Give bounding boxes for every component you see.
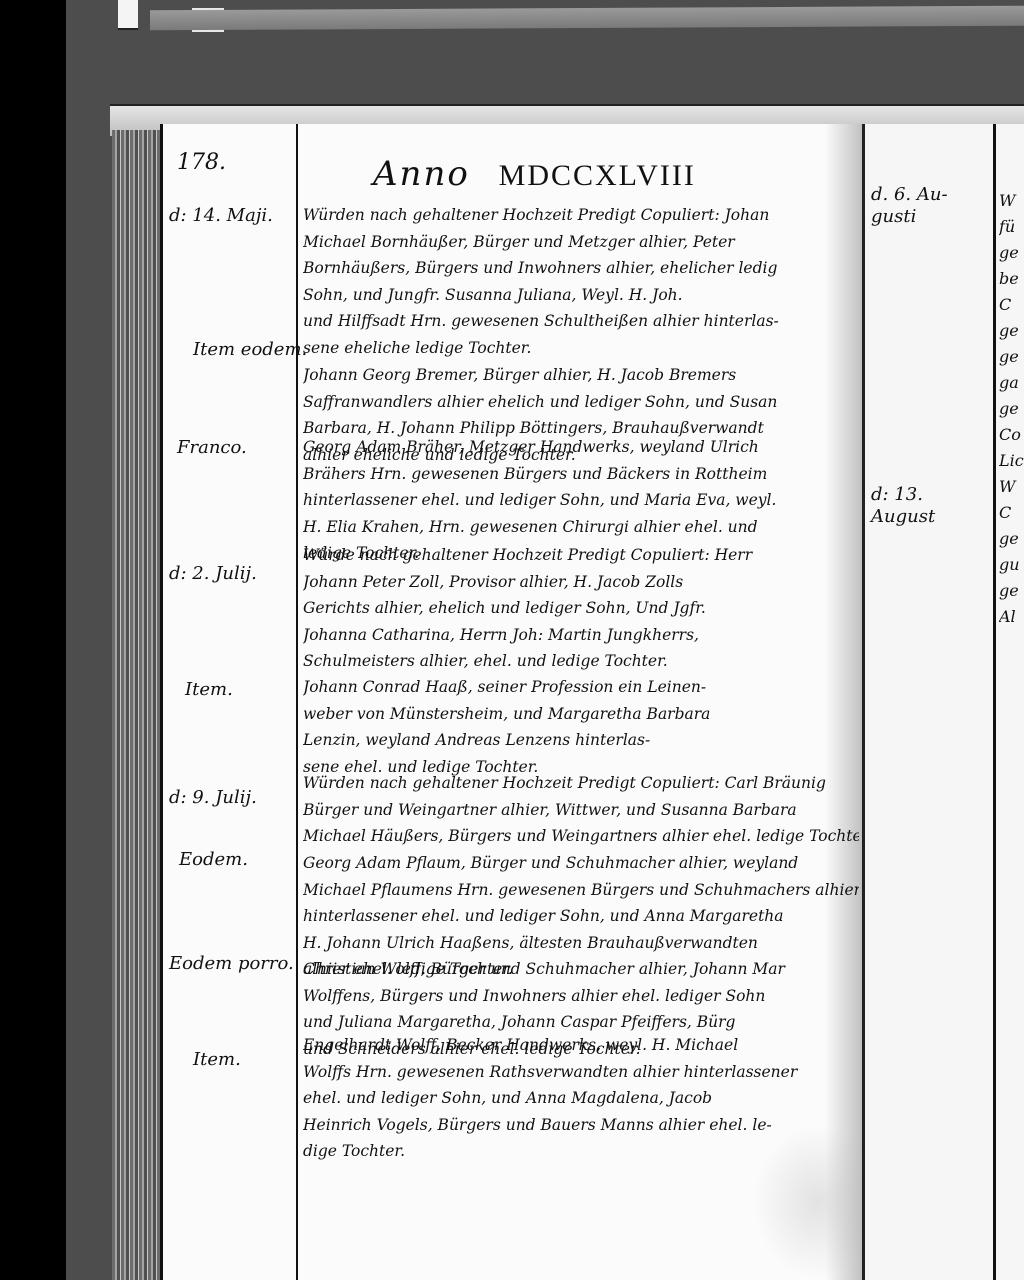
page-number: 178. xyxy=(177,150,226,175)
text-fragment: W xyxy=(999,188,1024,214)
entry-line: Lenzin, weyland Andreas Lenzens hinterla… xyxy=(303,727,859,754)
entry-date: Item eodem. xyxy=(193,340,319,360)
text-fragment: be xyxy=(999,266,1024,292)
text-fragment: ge xyxy=(999,318,1024,344)
book-spine xyxy=(112,130,160,1280)
entry-line: Würde nach gehaltener Hochzeit Predigt C… xyxy=(303,542,859,569)
entry-line: Johann Georg Bremer, Bürger alhier, H. J… xyxy=(303,362,859,389)
entry-line: Wolffs Hrn. gewesenen Rathsverwandten al… xyxy=(303,1059,859,1086)
text-fragment: gu xyxy=(999,552,1024,578)
text-fragment: fü xyxy=(999,214,1024,240)
entry-line: Brähers Hrn. gewesenen Bürgers und Bäcke… xyxy=(303,461,859,488)
text-fragment: Co xyxy=(999,422,1024,448)
margin-column-rule xyxy=(296,124,298,1280)
text-fragment: Lic xyxy=(999,448,1024,474)
text-fragment: C xyxy=(999,292,1024,318)
text-fragment: Al xyxy=(999,604,1024,630)
register-page-left: 178. Anno MDCCXLVIII d: 14. Maji. Würden… xyxy=(160,124,865,1280)
entry-line: Michael Häußers, Bürgers und Weingartner… xyxy=(303,823,859,850)
entry-date: Eodem. xyxy=(179,850,305,870)
text-fragment: ge xyxy=(999,578,1024,604)
film-edge-fragment xyxy=(118,0,138,30)
margin-column-rule xyxy=(993,124,996,1280)
entry-line: Schulmeisters alhier, ehel. und ledige T… xyxy=(303,648,859,675)
text-fragment: ga xyxy=(999,370,1024,396)
entry-line: und Hilffsadt Hrn. gewesenen Schultheiße… xyxy=(303,308,859,335)
register-entry: Würden nach gehaltener Hochzeit Predigt … xyxy=(303,770,859,850)
entry-line: Bornhäußers, Bürgers und Inwohners alhie… xyxy=(303,255,859,282)
entry-line: Michael Pflaumens Hrn. gewesenen Bürgers… xyxy=(303,877,859,904)
entry-line: Johann Conrad Haaß, seiner Profession ei… xyxy=(303,674,859,701)
cropped-text-column: W fü ge be C ge ge ga ge Co Lic W C ge g… xyxy=(999,188,1024,630)
entry-date: Item. xyxy=(193,1050,319,1070)
heading-anno: Anno xyxy=(373,154,470,194)
text-fragment: C xyxy=(999,500,1024,526)
scan-border-left xyxy=(0,0,66,1280)
entry-line: hinterlassener ehel. und lediger Sohn, u… xyxy=(303,487,859,514)
entry-line: Johanna Catharina, Herrn Joh: Martin Jun… xyxy=(303,622,859,649)
page-heading: Anno MDCCXLVIII xyxy=(373,154,696,194)
entry-line: dige Tochter. xyxy=(303,1138,859,1165)
text-fragment: W xyxy=(999,474,1024,500)
entry-line: weber von Münstersheim, und Margaretha B… xyxy=(303,701,859,728)
entry-line: Michael Bornhäußer, Bürger und Metzger a… xyxy=(303,229,859,256)
entry-line: ehel. und lediger Sohn, und Anna Magdale… xyxy=(303,1085,859,1112)
register-page-right: d. 6. Au- gusti d: 13. August W fü ge be… xyxy=(862,124,1024,1280)
entry-line: Christian Wolff, Bürger und Schuhmacher … xyxy=(303,956,859,983)
entry-line: Würden nach gehaltener Hochzeit Predigt … xyxy=(303,202,859,229)
text-fragment: ge xyxy=(999,344,1024,370)
text-fragment: ge xyxy=(999,526,1024,552)
entry-line: Johann Peter Zoll, Provisor alhier, H. J… xyxy=(303,569,859,596)
text-fragment: ge xyxy=(999,240,1024,266)
entry-line: Würden nach gehaltener Hochzeit Predigt … xyxy=(303,770,859,797)
heading-year: MDCCXLVIII xyxy=(499,159,696,192)
entry-line: hinterlassener ehel. und lediger Sohn, u… xyxy=(303,903,859,930)
register-entry: Würde nach gehaltener Hochzeit Predigt C… xyxy=(303,542,859,675)
entry-line: Wolffens, Bürgers und Inwohners alhier e… xyxy=(303,983,859,1010)
entry-line: Georg Adam Bräher, Metzger Handwerks, we… xyxy=(303,434,859,461)
register-entry: Engelhardt Wolff, Becker Handwerks, weyl… xyxy=(303,1032,859,1165)
entry-line: Engelhardt Wolff, Becker Handwerks, weyl… xyxy=(303,1032,859,1059)
entry-line: Bürger und Weingartner alhier, Wittwer, … xyxy=(303,797,859,824)
entry-date: Eodem porro. xyxy=(169,954,295,974)
entry-line: H. Elia Krahen, Hrn. gewesenen Chirurgi … xyxy=(303,514,859,541)
text-fragment: ge xyxy=(999,396,1024,422)
entry-line: Heinrich Vogels, Bürgers und Bauers Mann… xyxy=(303,1112,859,1139)
entry-line: H. Johann Ulrich Haaßens, ältesten Brauh… xyxy=(303,930,859,957)
entry-line: sene eheliche ledige Tochter. xyxy=(303,335,859,362)
entry-date: d: 13. August xyxy=(871,484,991,528)
entry-date: d. 6. Au- gusti xyxy=(871,184,991,228)
register-entry: Würden nach gehaltener Hochzeit Predigt … xyxy=(303,202,859,361)
register-entry: Johann Conrad Haaß, seiner Profession ei… xyxy=(303,674,859,780)
entry-date: d: 14. Maji. xyxy=(169,206,295,226)
entry-line: Georg Adam Pflaum, Bürger und Schuhmache… xyxy=(303,850,859,877)
entry-date: d: 9. Julij. xyxy=(169,788,295,808)
entry-line: Sohn, und Jungfr. Susanna Juliana, Weyl.… xyxy=(303,282,859,309)
entry-line: Gerichts alhier, ehelich und lediger Soh… xyxy=(303,595,859,622)
entry-line: Saffranwandlers alhier ehelich und ledig… xyxy=(303,389,859,416)
entry-date: Item. xyxy=(185,680,311,700)
entry-date: d: 2. Julij. xyxy=(169,564,295,584)
entry-date: Franco. xyxy=(177,438,303,458)
